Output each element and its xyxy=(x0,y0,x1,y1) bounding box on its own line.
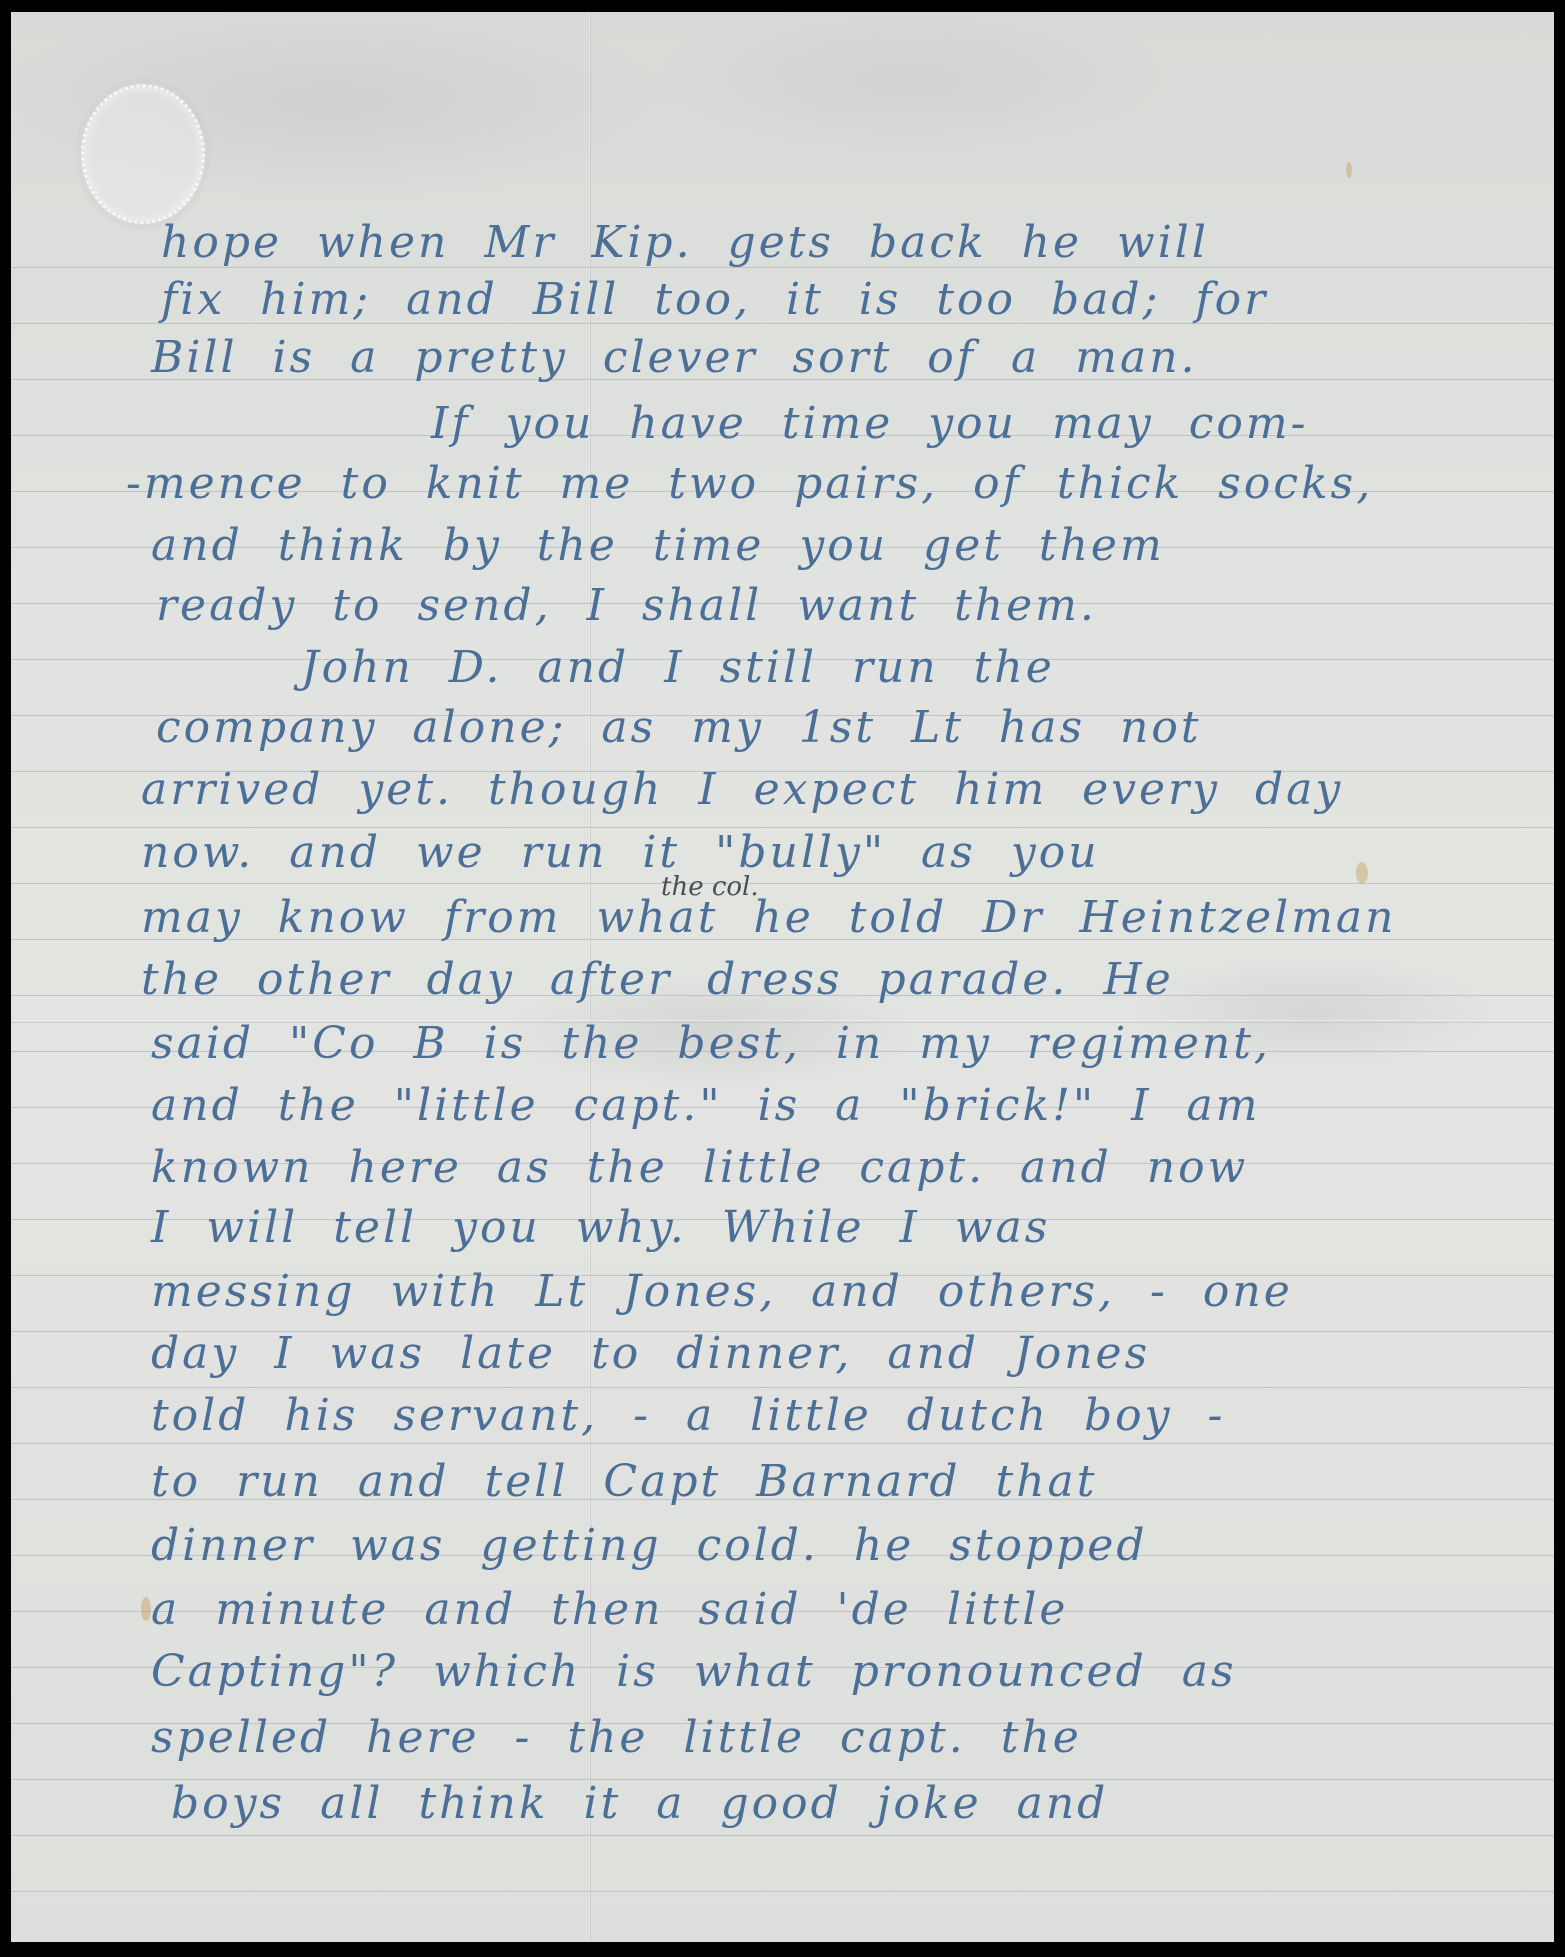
letter-line: hope when Mr Kip. gets back he will xyxy=(161,217,1209,268)
embossed-seal-icon xyxy=(81,84,205,224)
letter-line: boys all think it a good joke and xyxy=(171,1778,1108,1829)
letter-line: and the "little capt." is a "brick!" I a… xyxy=(151,1080,1260,1131)
letter-line: Capting"? which is what pronounced as xyxy=(151,1646,1237,1697)
foxing-stain xyxy=(1356,862,1368,884)
letter-line: messing with Lt Jones, and others, - one xyxy=(151,1266,1293,1317)
letter-line: to run and tell Capt Barnard that xyxy=(151,1456,1097,1507)
letter-line: company alone; as my 1st Lt has not xyxy=(156,702,1202,753)
letter-line: day I was late to dinner, and Jones xyxy=(151,1328,1150,1379)
letter-line: fix him; and Bill too, it is too bad; fo… xyxy=(161,274,1268,325)
letter-line: a minute and then said 'de little xyxy=(151,1584,1068,1635)
letter-line: arrived yet. though I expect him every d… xyxy=(141,764,1343,815)
letter-line: dinner was getting cold. he stopped xyxy=(151,1520,1148,1571)
letter-line: John D. and I still run the xyxy=(301,642,1055,693)
letter-line: If you have time you may com- xyxy=(431,398,1308,449)
letter-line: told his servant, - a little dutch boy - xyxy=(151,1390,1225,1441)
letter-line: spelled here - the little capt. the xyxy=(151,1712,1082,1763)
letter-line: now. and we run it "bully" as you xyxy=(141,827,1100,878)
letter-line: ready to send, I shall want them. xyxy=(156,580,1097,631)
letter-line: said "Co B is the best, in my regiment, xyxy=(151,1018,1271,1069)
letter-line: known here as the little capt. and now xyxy=(151,1142,1248,1193)
letter-line: and think by the time you get them xyxy=(151,520,1165,571)
letter-page: hope when Mr Kip. gets back he will fix … xyxy=(11,12,1554,1942)
foxing-stain xyxy=(1346,162,1352,178)
foxing-stain xyxy=(141,1597,151,1621)
letter-line: Bill is a pretty clever sort of a man. xyxy=(151,332,1198,383)
letter-line: the other day after dress parade. He xyxy=(141,954,1174,1005)
letter-line: may know from what he told Dr Heintzelma… xyxy=(141,892,1397,943)
letter-line: -mence to knit me two pairs, of thick so… xyxy=(126,458,1373,509)
letter-line: I will tell you why. While I was xyxy=(151,1202,1050,1253)
